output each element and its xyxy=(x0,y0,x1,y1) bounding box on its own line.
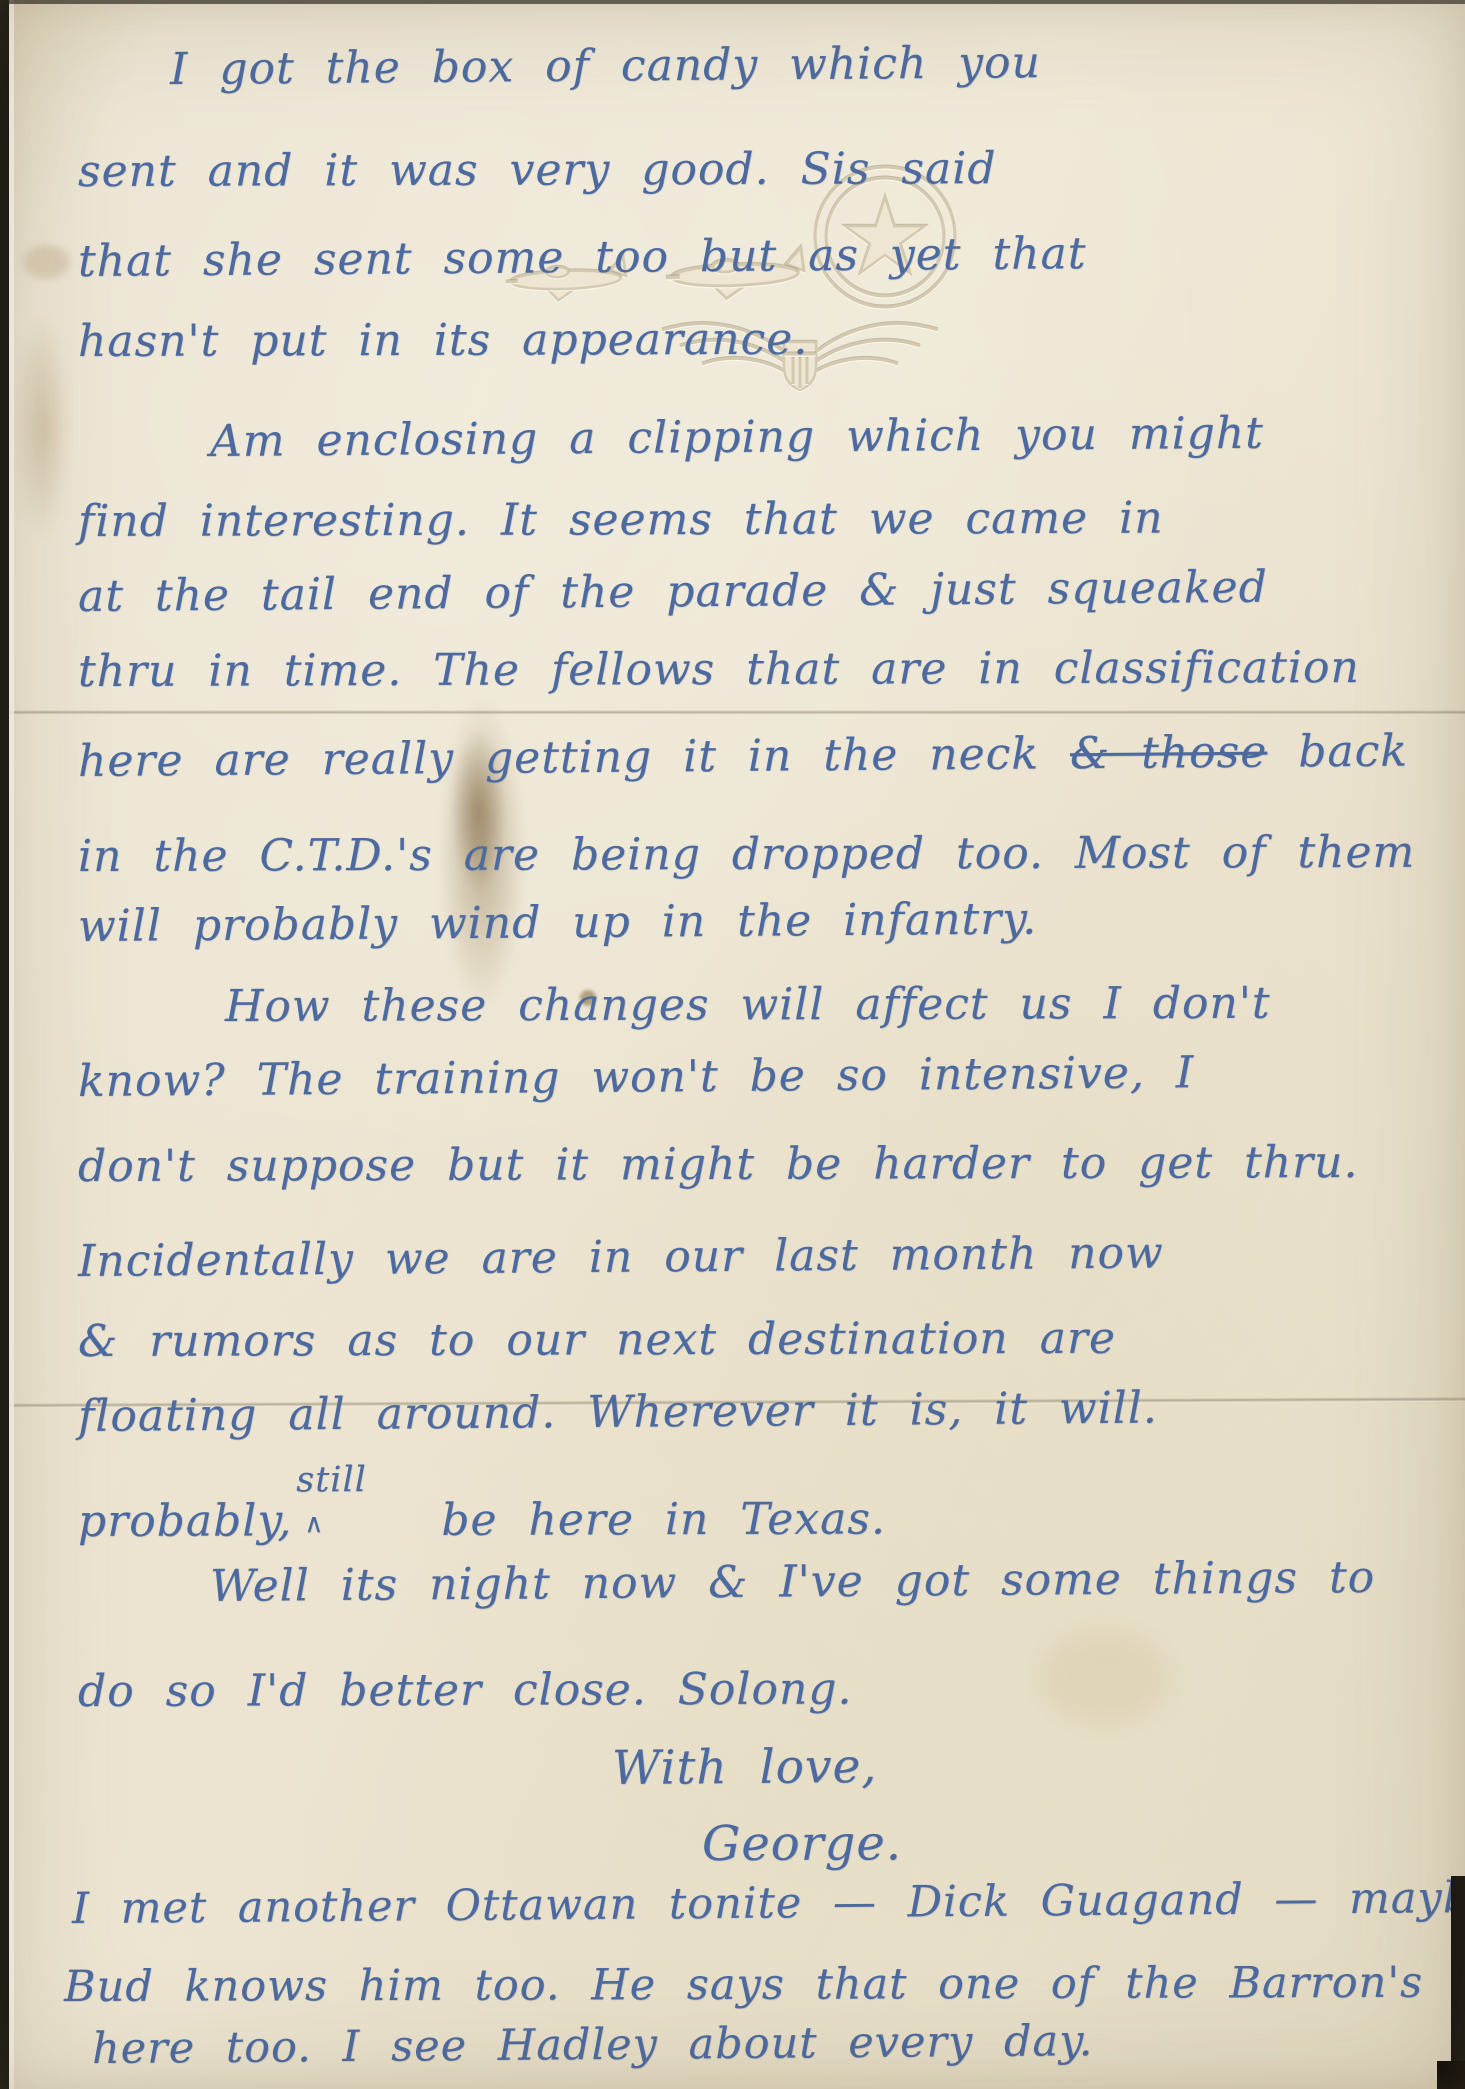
letter-line: I got the box of candy which you xyxy=(170,41,1041,92)
letter-line: do so I'd better close. Solong. xyxy=(78,1668,853,1714)
letter-line: know? The training won't be so intensive… xyxy=(78,1051,1195,1104)
letter-line: here are really getting it in the neck &… xyxy=(78,730,1408,784)
letter-line: will probably wind up in the infantry. xyxy=(78,897,1037,949)
stain xyxy=(12,310,72,545)
letter-line: Am enclosing a clipping which you might xyxy=(210,412,1264,464)
signature: George. xyxy=(702,1819,902,1868)
letter-line: Well its night now & I've got some thing… xyxy=(210,1556,1375,1609)
scan-edge-left xyxy=(0,0,9,2089)
letter-line: find interesting. It seems that we came … xyxy=(78,497,1164,544)
scan-edge-corner xyxy=(1437,2061,1465,2089)
letter-line: & rumors as to our next destination are xyxy=(78,1317,1116,1364)
postscript-line: Bud knows him too. He says that one of t… xyxy=(64,1962,1465,2009)
fold-crease xyxy=(0,710,1465,715)
letter-line: don't suppose but it might be harder to … xyxy=(78,1141,1359,1189)
letter-line: in the C.T.D.'s are being dropped too. M… xyxy=(78,831,1415,879)
stain xyxy=(24,245,70,279)
letter-line: thru in time. The fellows that are in cl… xyxy=(78,646,1360,694)
inserted-word: still∧ xyxy=(292,1525,410,1535)
letter-line: hasn't put in its appearance. xyxy=(78,318,808,364)
valediction: With love, xyxy=(612,1743,878,1792)
letter-line: How these changes will affect us I don't xyxy=(225,982,1271,1029)
scan-edge-top xyxy=(0,0,1465,4)
postscript-line: here too. I see Hadley about every day. xyxy=(92,2020,1094,2071)
letter-line: sent and it was very good. Sis said xyxy=(78,147,997,194)
letter-line: at the tail end of the parade & just squ… xyxy=(78,566,1268,619)
letter-line: Incidentally we are in our last month no… xyxy=(78,1231,1164,1284)
letter-scan: I got the box of candy which yousent and… xyxy=(0,0,1465,2089)
postscript-line: I met another Ottawan tonite — Dick Guag… xyxy=(72,1877,1465,1931)
paper-edge-highlight xyxy=(9,0,14,2089)
stain xyxy=(1040,1630,1170,1725)
letter-line: that she sent some too but as yet that xyxy=(78,232,1087,284)
letter-line: floating all around. Wherever it is, it … xyxy=(78,1387,1158,1439)
letter-line: probably,still∧ be here in Texas. xyxy=(78,1497,886,1544)
caret-mark: ∧ xyxy=(304,1511,324,1537)
